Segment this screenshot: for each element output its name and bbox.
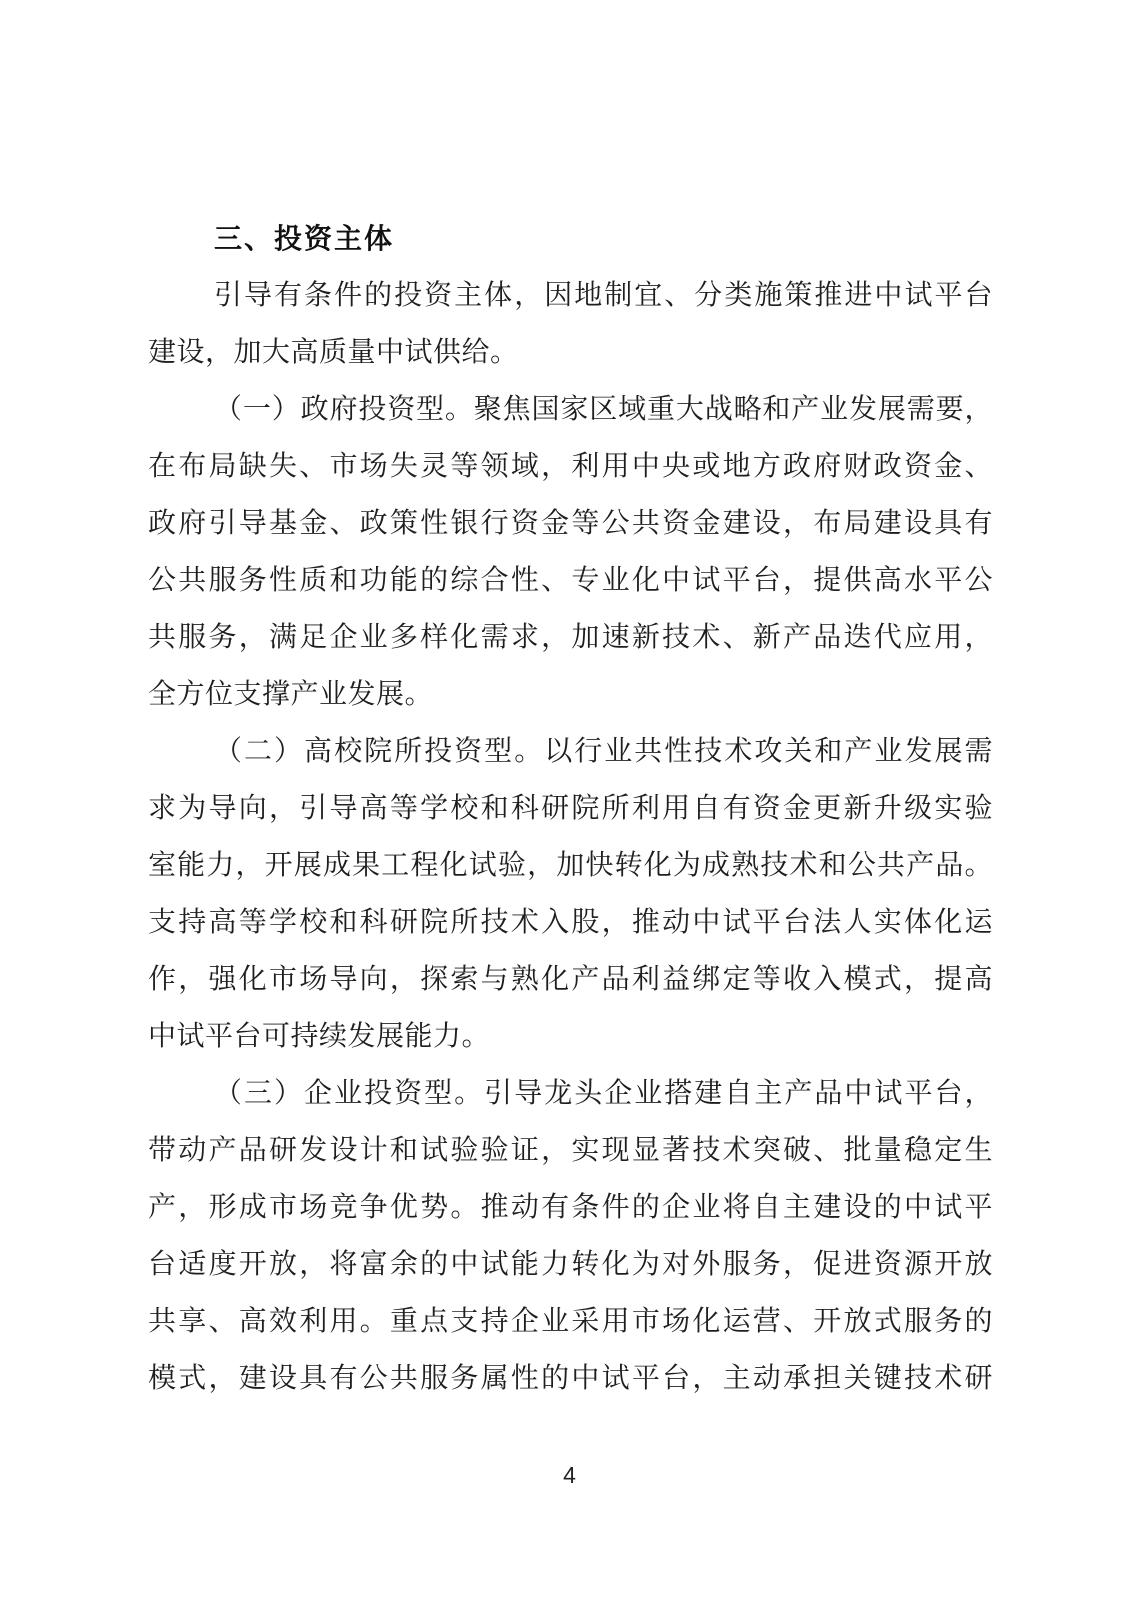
paragraph-line: 室能力，开展成果工程化试验，加快转化为成熟技术和公共产品。 [148,837,993,894]
paragraph-line: （二）高校院所投资型。以行业共性技术攻关和产业发展需 [148,723,993,780]
paragraph-line: 公共服务性质和功能的综合性、专业化中试平台，提供高水平公 [148,552,993,609]
paragraph-line: 产，形成市场竞争优势。推动有条件的企业将自主建设的中试平 [148,1179,993,1236]
paragraph-line: 台适度开放，将富余的中试能力转化为对外服务，促进资源开放 [148,1236,993,1293]
paragraph-line: 建设，加大高质量中试供给。 [148,324,993,381]
document-page: 三、投资主体 引导有条件的投资主体，因地制宜、分类施策推进中试平台 建设，加大高… [0,0,1139,1612]
paragraph-line: 引导有条件的投资主体，因地制宜、分类施策推进中试平台 [148,267,993,324]
paragraph-line: 支持高等学校和科研院所技术入股，推动中试平台法人实体化运 [148,894,993,951]
paragraph-line: 作，强化市场导向，探索与熟化产品利益绑定等收入模式，提高 [148,951,993,1008]
section-heading: 三、投资主体 [148,210,993,267]
paragraph-line: 模式，建设具有公共服务属性的中试平台，主动承担关键技术研 [148,1350,993,1407]
paragraph-line: 在布局缺失、市场失灵等领域，利用中央或地方政府财政资金、 [148,438,993,495]
paragraph-line: 全方位支撑产业发展。 [148,666,993,723]
paragraph-line: （三）企业投资型。引导龙头企业搭建自主产品中试平台， [148,1065,993,1122]
paragraph-line: 政府引导基金、政策性银行资金等公共资金建设，布局建设具有 [148,495,993,552]
text-block: 三、投资主体 引导有条件的投资主体，因地制宜、分类施策推进中试平台 建设，加大高… [148,210,993,1407]
paragraph-line: （一）政府投资型。聚焦国家区域重大战略和产业发展需要， [148,381,993,438]
paragraph-line: 共享、高效利用。重点支持企业采用市场化运营、开放式服务的 [148,1293,993,1350]
paragraph-line: 共服务，满足企业多样化需求，加速新技术、新产品迭代应用， [148,609,993,666]
paragraph-line: 求为导向，引导高等学校和科研院所利用自有资金更新升级实验 [148,780,993,837]
paragraph-line: 中试平台可持续发展能力。 [148,1008,993,1065]
paragraph-line: 带动产品研发设计和试验验证，实现显著技术突破、批量稳定生 [148,1122,993,1179]
page-number: 4 [0,1455,1139,1495]
